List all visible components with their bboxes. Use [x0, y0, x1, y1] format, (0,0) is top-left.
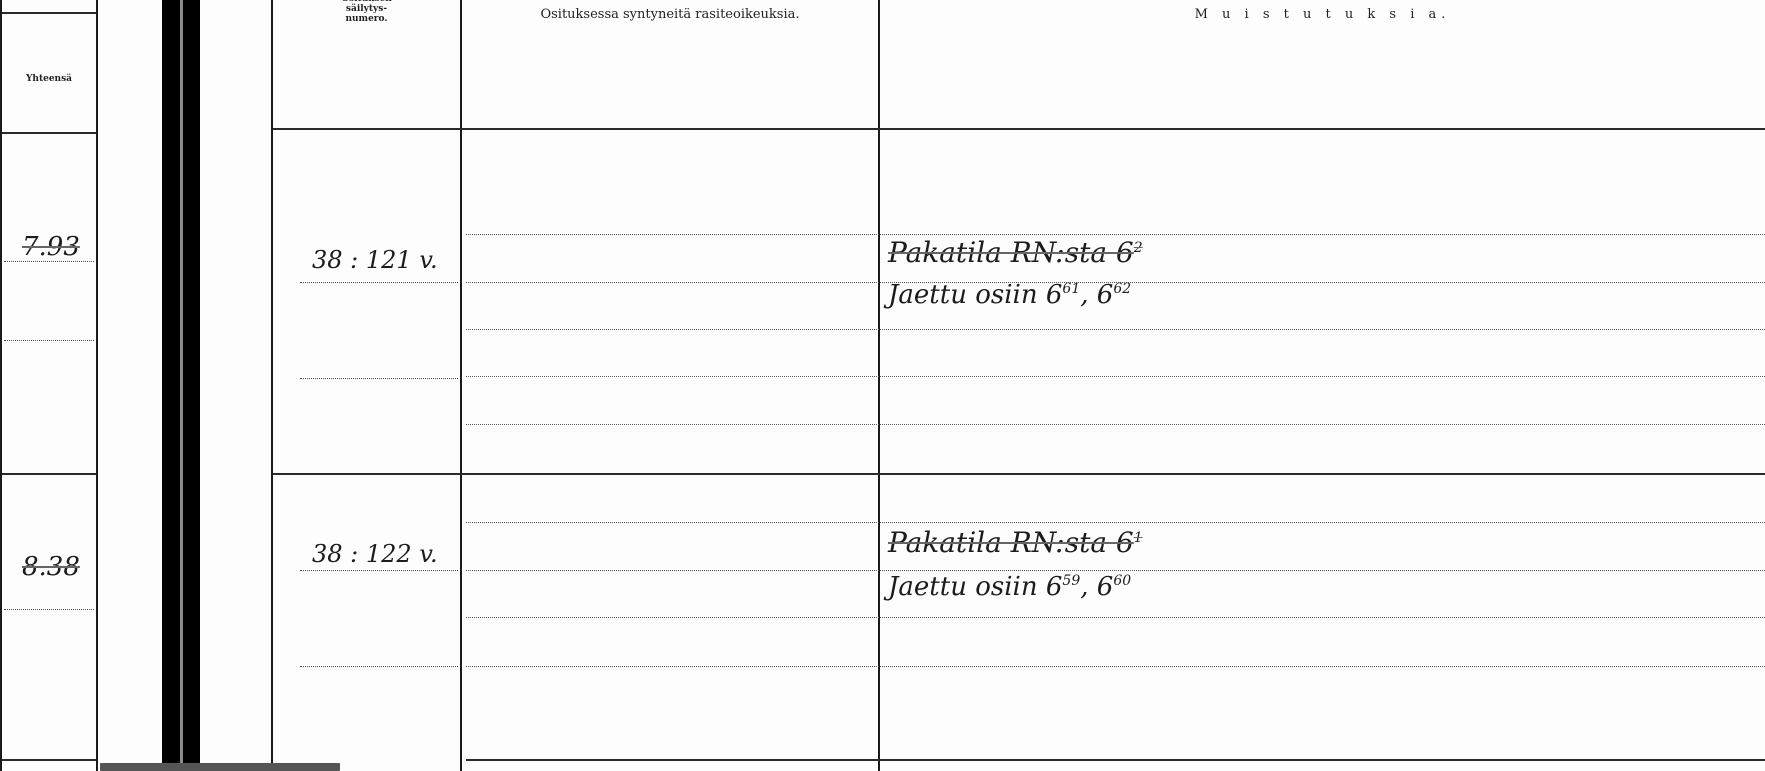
scanned-document-page: Yhteensä Osituksen säilytys- numero. Osi…: [0, 0, 1765, 771]
page-binding-gap: [180, 0, 183, 771]
row-2-remarks-line2: Jaettu osiin 659, 660: [888, 572, 1131, 602]
row-1-remarks-struck: Pakatila RN:sta 6: [888, 236, 1134, 269]
header-bottom-rule: [273, 128, 1765, 130]
row-separator: [273, 473, 1765, 475]
horizontal-scrollbar[interactable]: [100, 763, 340, 771]
column-divider: [271, 0, 273, 771]
row-separator: [2, 473, 96, 475]
row-1-storage-number: 38 : 121 v.: [312, 246, 438, 274]
dotted-rule: [300, 666, 458, 667]
column-divider: [878, 0, 880, 771]
header-remarks-label: M u i s t u t u k s i a.: [1195, 7, 1451, 22]
row-1-remarks-sup-b: 62: [1113, 281, 1131, 297]
header-storage-number: Osituksen säilytys- numero.: [273, 0, 460, 24]
row-2-remarks-split: Jaettu osiin 6: [888, 572, 1062, 602]
header-storage-line2: säilytys-: [273, 4, 460, 14]
row-1-remarks-line2: Jaettu osiin 661, 662: [888, 280, 1131, 310]
row-1-remarks-line1: Pakatila RN:sta 62: [888, 236, 1143, 269]
header-top-rule: [2, 12, 96, 14]
row-1-remarks-sup: 2: [1134, 240, 1143, 256]
row-separator: [466, 759, 1765, 761]
header-storage-line3: numero.: [273, 14, 460, 24]
dotted-rule: [300, 378, 458, 379]
dotted-rule: [466, 234, 1765, 235]
dotted-rule: [466, 617, 1765, 618]
row-2-storage-number: 38 : 122 v.: [312, 540, 438, 568]
row-1-remarks-mid: , 6: [1080, 280, 1113, 310]
dotted-rule: [466, 376, 1765, 377]
dotted-rule: [466, 329, 1765, 330]
dotted-rule: [4, 340, 94, 341]
row-2-remarks-sup-b: 60: [1113, 573, 1131, 589]
row-1-remarks-split: Jaettu osiin 6: [888, 280, 1062, 310]
header-bottom-rule: [2, 132, 96, 134]
header-total-label: Yhteensä: [26, 74, 72, 84]
column-divider: [0, 0, 2, 771]
row-2-remarks-struck: Pakatila RN:sta 6: [888, 526, 1134, 559]
dotted-rule: [300, 282, 458, 283]
header-easements-label: Osituksessa syntyneitä rasiteoikeuksia.: [540, 7, 799, 22]
header-remarks: M u i s t u t u k s i a.: [880, 7, 1765, 22]
dotted-rule: [466, 666, 1765, 667]
dotted-rule: [466, 522, 1765, 523]
header-total: Yhteensä: [2, 74, 96, 84]
header-easements: Osituksessa syntyneitä rasiteoikeuksia.: [462, 7, 878, 22]
dotted-rule: [466, 424, 1765, 425]
row-2-remarks-sup: 1: [1134, 530, 1143, 546]
row-2-total: 8.38: [22, 552, 80, 582]
row-2-remarks-mid: , 6: [1080, 572, 1113, 602]
dotted-rule: [4, 609, 94, 610]
dotted-rule: [300, 570, 458, 571]
row-1-remarks-sup-a: 61: [1062, 281, 1080, 297]
row-2-remarks-sup-a: 59: [1062, 573, 1080, 589]
row-2-remarks-line1: Pakatila RN:sta 61: [888, 526, 1143, 559]
row-1-total: 7.93: [22, 232, 80, 262]
dotted-rule: [466, 570, 1765, 571]
column-divider: [460, 0, 462, 771]
column-divider: [96, 0, 98, 771]
row-separator: [2, 759, 96, 761]
